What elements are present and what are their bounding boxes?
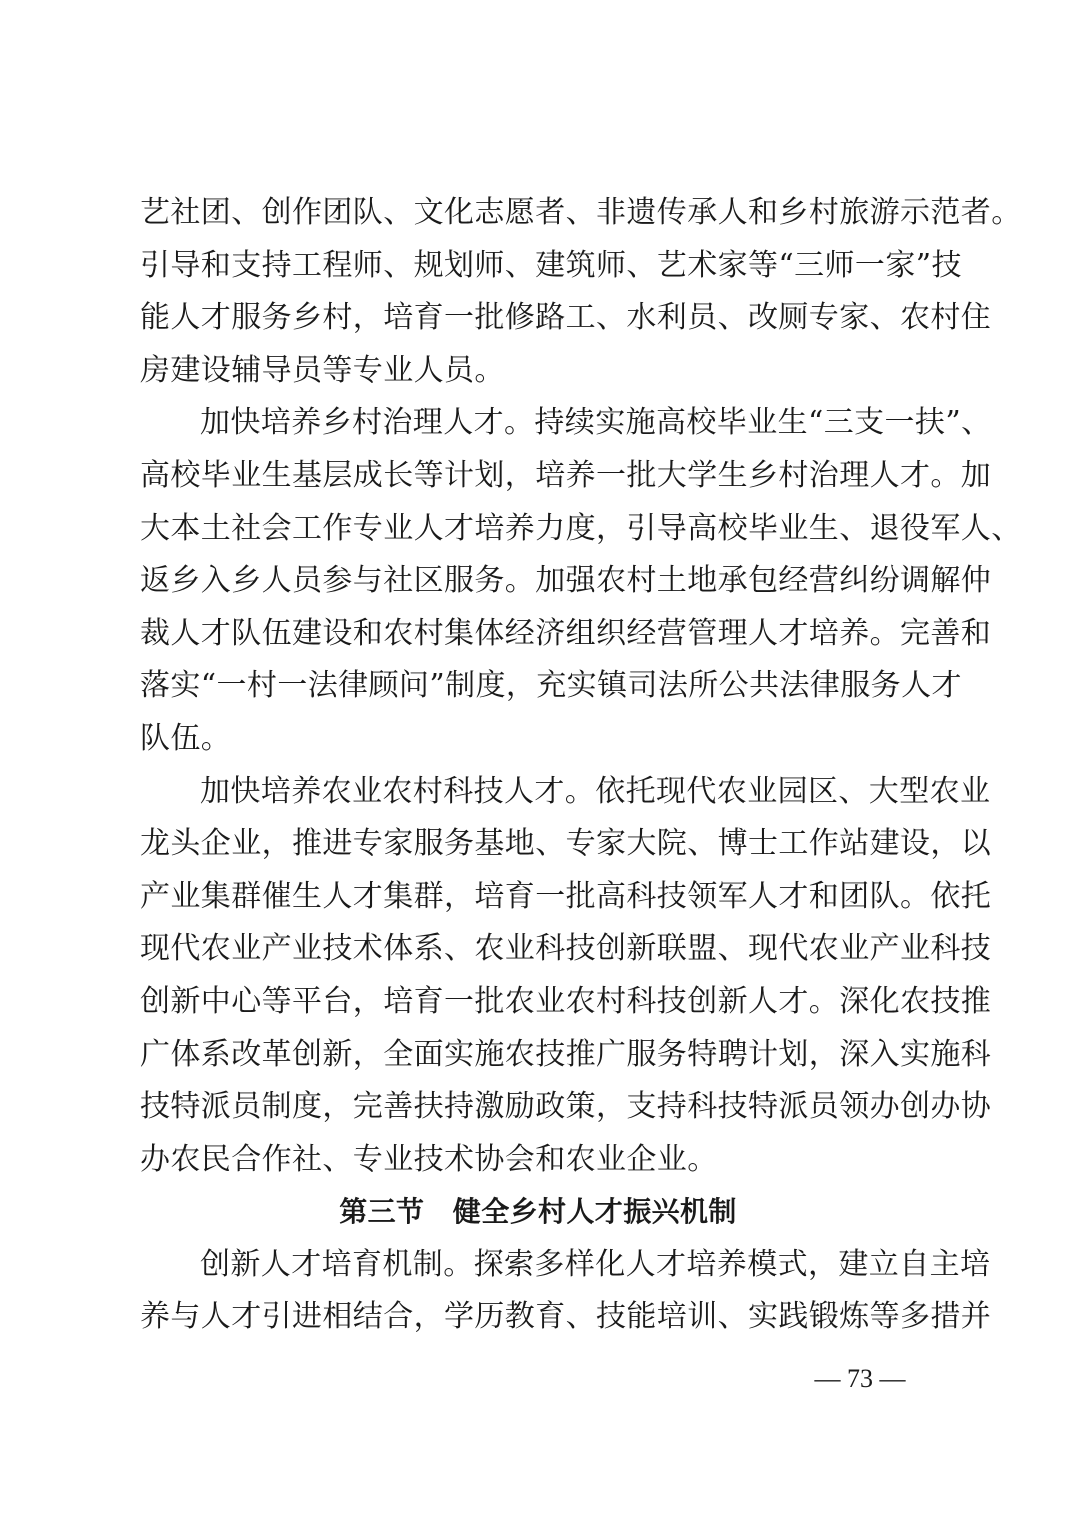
text-line: 加快培养乡村治理人才。持续实施高校毕业生“三支一扶”、: [140, 397, 936, 450]
text-line: 能人才服务乡村，培育一批修路工、水利员、改厕专家、农村住: [140, 292, 936, 345]
text-line: 加快培养农业农村科技人才。依托现代农业园区、大型农业: [140, 766, 936, 819]
text-line: 创新中心等平台，培育一批农业农村科技创新人才。深化农技推: [140, 976, 936, 1029]
text-line: 广体系改革创新，全面实施农技推广服务特聘计划，深入实施科: [140, 1029, 936, 1082]
document-page: 艺社团、创作团队、文化志愿者、非遗传承人和乡村旅游示范者。 引导和支持工程师、规…: [0, 0, 1074, 1520]
text-line: 落实“一村一法律顾问”制度，充实镇司法所公共法律服务人才: [140, 660, 936, 713]
page-number: — 73 —: [810, 1364, 910, 1394]
paragraph-agri-tech: 加快培养农业农村科技人才。依托现代农业园区、大型农业 龙头企业，推进专家服务基地…: [140, 766, 940, 1187]
text-line: 技特派员制度，完善扶持激励政策，支持科技特派员领办创办协: [140, 1081, 936, 1134]
text-line: 艺社团、创作团队、文化志愿者、非遗传承人和乡村旅游示范者。: [140, 187, 936, 240]
text-line: 返乡入乡人员参与社区服务。加强农村土地承包经营纠纷调解仲: [140, 555, 936, 608]
body-text: 艺社团、创作团队、文化志愿者、非遗传承人和乡村旅游示范者。 引导和支持工程师、规…: [140, 187, 940, 1344]
section-heading: 第三节 健全乡村人才振兴机制: [140, 1186, 936, 1239]
text-line: 队伍。: [140, 713, 940, 766]
paragraph-rural-governance: 加快培养乡村治理人才。持续实施高校毕业生“三支一扶”、 高校毕业生基层成长等计划…: [140, 397, 940, 765]
text-line: 养与人才引进相结合，学历教育、技能培训、实践锻炼等多措并: [140, 1291, 936, 1344]
text-line: 裁人才队伍建设和农村集体经济组织经营管理人才培养。完善和: [140, 608, 936, 661]
text-line: 现代农业产业技术体系、农业科技创新联盟、现代农业产业科技: [140, 923, 936, 976]
text-line: 大本土社会工作专业人才培养力度，引导高校毕业生、退役军人、: [140, 503, 936, 556]
text-line: 房建设辅导员等专业人员。: [140, 345, 940, 398]
text-line: 引导和支持工程师、规划师、建筑师、艺术家等“三师一家”技: [140, 240, 936, 293]
text-line: 产业集群催生人才集群，培育一批高科技领军人才和团队。依托: [140, 871, 936, 924]
text-line: 龙头企业，推进专家服务基地、专家大院、博士工作站建设，以: [140, 818, 936, 871]
text-line: 创新人才培育机制。探索多样化人才培养模式，建立自主培: [140, 1239, 936, 1292]
text-line: 高校毕业生基层成长等计划，培养一批大学生乡村治理人才。加: [140, 450, 936, 503]
paragraph-continuation: 艺社团、创作团队、文化志愿者、非遗传承人和乡村旅游示范者。 引导和支持工程师、规…: [140, 187, 940, 397]
text-line: 办农民合作社、专业技术协会和农业企业。: [140, 1134, 940, 1187]
paragraph-talent-cultivation: 创新人才培育机制。探索多样化人才培养模式，建立自主培 养与人才引进相结合，学历教…: [140, 1239, 940, 1344]
